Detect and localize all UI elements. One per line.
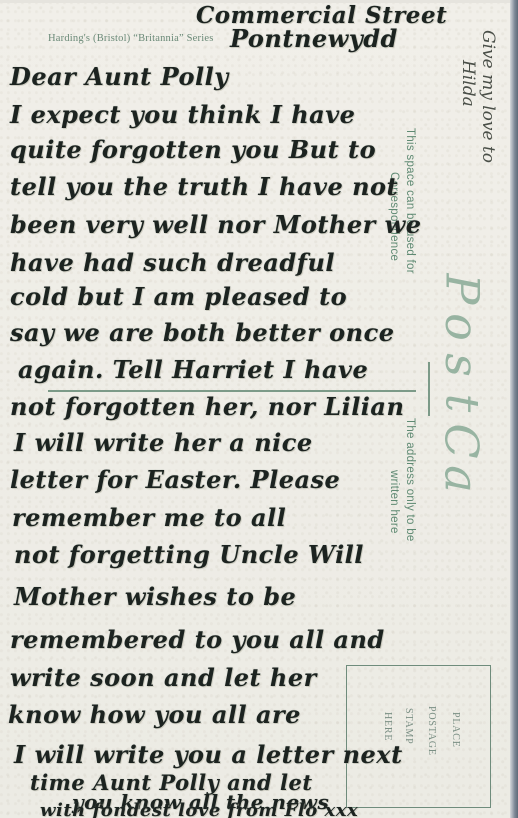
letter-line: cold but I am pleased to xyxy=(10,282,347,311)
card-right-edge xyxy=(510,0,518,818)
stamp-box-text: HERE xyxy=(382,712,393,741)
stamp-box-text: POSTAGE xyxy=(426,706,437,756)
letter-line: Mother wishes to be xyxy=(14,582,296,611)
letter-line: say we are both better once xyxy=(10,318,394,347)
stamp-box-text: PLACE xyxy=(450,712,461,748)
letter-line: remember me to all xyxy=(12,503,286,532)
letter-line: been very well nor Mother we xyxy=(10,210,422,239)
post-card-letter: t xyxy=(443,394,481,413)
post-card-letter: o xyxy=(443,313,481,341)
address-notice-line-2: written here xyxy=(388,470,400,534)
center-divider-tick xyxy=(428,362,430,416)
letter-line: know how you all are xyxy=(8,700,301,729)
letter-line: I will write you a letter next xyxy=(14,740,403,769)
letter-line: Dear Aunt Polly xyxy=(10,62,229,91)
stamp-box xyxy=(346,665,491,808)
letter-line: letter for Easter. Please xyxy=(10,465,340,494)
letter-line: not forgetting Uncle Will xyxy=(14,540,364,569)
letter-line: write soon and let her xyxy=(10,663,317,692)
post-card-letter: a xyxy=(443,465,481,492)
letter-line: I will write her a nice xyxy=(14,428,313,457)
letter-line: not forgotten her, nor Lilian xyxy=(10,392,404,421)
post-card-letter: s xyxy=(443,353,481,377)
margin-note-line-1: Give my love to xyxy=(478,30,498,163)
letter-line: remembered to you all and xyxy=(10,625,385,654)
margin-note-line-2: Hilda xyxy=(458,60,478,107)
address-notice-line-1: The address only to be xyxy=(404,418,416,542)
letter-line: quite forgotten you But to xyxy=(10,135,376,164)
publisher-header: Harding's (Bristol) “Britannia” Series xyxy=(48,33,214,44)
letter-line: have had such dreadful xyxy=(10,248,335,277)
correspondence-notice-line-1: This space can be used for xyxy=(404,128,416,274)
postcard-back: Harding's (Bristol) “Britannia” Series P… xyxy=(0,0,518,818)
post-card-title: P o s t C a xyxy=(432,270,492,520)
post-card-letter: C xyxy=(443,423,481,458)
letter-signature: with fondest love from Flo xxx xyxy=(40,800,358,818)
stamp-box-text: STAMP xyxy=(403,708,414,745)
letter-line: again. Tell Harriet I have xyxy=(18,355,368,384)
handwritten-address-town: Pontnewydd xyxy=(230,24,398,53)
letter-line: I expect you think I have xyxy=(10,100,355,129)
post-card-letter: P xyxy=(443,274,481,305)
letter-line: tell you the truth I have not xyxy=(10,172,398,201)
